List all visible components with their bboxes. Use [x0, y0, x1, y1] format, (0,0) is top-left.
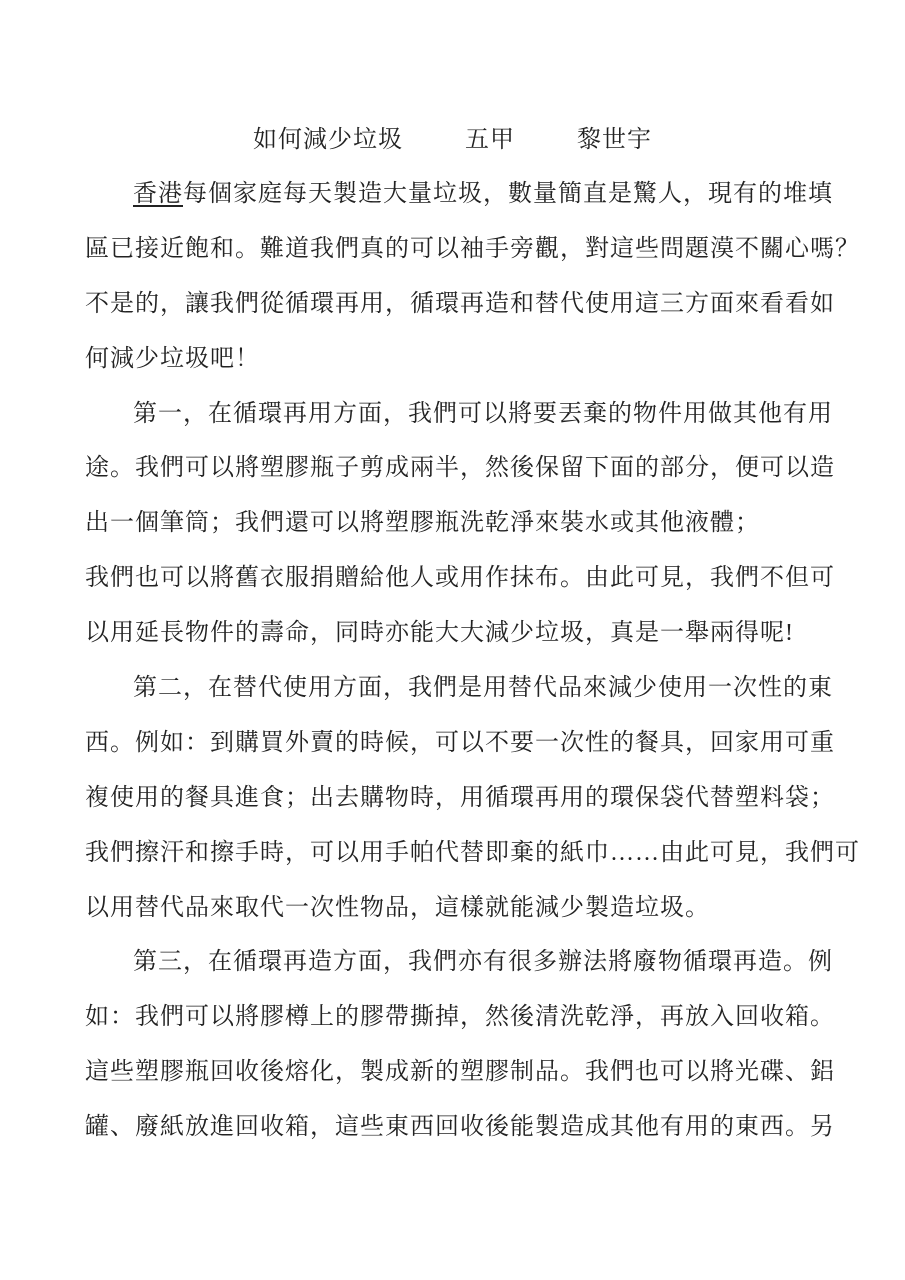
- essay-line: 區已接近飽和。難道我們真的可以袖手旁觀，對這些問題漠不關心嗎？: [85, 222, 830, 277]
- essay-line: 以用延長物件的壽命，同時亦能大大減少垃圾，真是一舉兩得呢!: [85, 606, 830, 661]
- essay-line-text: 我們也可以將舊衣服捐贈給他人或用作抹布。由此可見，我們不但可: [85, 565, 835, 591]
- essay-line-text: 每個家庭每天製造大量垃圾，數量簡直是驚人，現有的堆填: [183, 181, 833, 207]
- essay-line-text: 途。我們可以將塑膠瓶子剪成兩半，然後保留下面的部分，便可以造: [85, 455, 835, 481]
- essay-line: 以用替代品來取代一次性物品，這樣就能減少製造垃圾。: [85, 881, 830, 936]
- essay-line-text: 複使用的餐具進食；出去購物時，用循環再用的環保袋代替塑料袋；: [85, 785, 835, 811]
- essay-line-text: 以用替代品來取代一次性物品，這樣就能減少製造垃圾。: [85, 895, 710, 921]
- essay-line: 這些塑膠瓶回收後熔化，製成新的塑膠制品。我們也可以將光碟、鋁: [85, 1045, 830, 1100]
- essay-line-text: 如：我們可以將膠樽上的膠帶撕掉，然後清洗乾淨，再放入回收箱。: [85, 1004, 835, 1030]
- essay-line-text: 西。例如：到購買外賣的時候，可以不要一次性的餐具，回家用可重: [85, 730, 835, 756]
- essay-line: 香港每個家庭每天製造大量垃圾，數量簡直是驚人，現有的堆填: [85, 167, 830, 222]
- essay-line-text: 第二，在替代使用方面，我們是用替代品來減少使用一次性的東: [133, 675, 833, 701]
- essay-line: 第三，在循環再造方面，我們亦有很多辦法將廢物循環再造。例: [85, 935, 830, 990]
- essay-line: 何減少垃圾吧！: [85, 332, 830, 387]
- essay-line-text: 出一個筆筒；我們還可以將塑膠瓶洗乾淨來裝水或其他液體；: [85, 510, 760, 536]
- essay-line-text: 區已接近飽和。難道我們真的可以袖手旁觀，對這些問題漠不關心嗎？: [85, 236, 860, 262]
- essay-line: 不是的，讓我們從循環再用，循環再造和替代使用這三方面來看看如: [85, 277, 830, 332]
- essay-line-text: 第一，在循環再用方面，我們可以將要丟棄的物件用做其他有用: [133, 401, 833, 427]
- essay-line: 第一，在循環再用方面，我們可以將要丟棄的物件用做其他有用: [85, 387, 830, 442]
- title-row: 如何減少垃圾五甲黎世宇: [0, 118, 905, 162]
- essay-line: 複使用的餐具進食；出去購物時，用循環再用的環保袋代替塑料袋；: [85, 771, 830, 826]
- essay-line-text: 我們擦汗和擦手時，可以用手帕代替即棄的紙巾……由此可見，我們可: [85, 840, 860, 866]
- essay-line: 罐、廢紙放進回收箱，這些東西回收後能製造成其他有用的東西。另: [85, 1100, 830, 1155]
- essay-line: 西。例如：到購買外賣的時候，可以不要一次性的餐具，回家用可重: [85, 716, 830, 771]
- class-name: 五甲: [465, 118, 515, 162]
- document-page: 如何減少垃圾五甲黎世宇 香港每個家庭每天製造大量垃圾，數量簡直是驚人，現有的堆填…: [0, 0, 905, 1280]
- essay-line-text: 罐、廢紙放進回收箱，這些東西回收後能製造成其他有用的東西。另: [85, 1114, 835, 1140]
- essay-line-text: 不是的，讓我們從循環再用，循環再造和替代使用這三方面來看看如: [85, 291, 835, 317]
- essay-body: 香港每個家庭每天製造大量垃圾，數量簡直是驚人，現有的堆填區已接近飽和。難道我們真…: [85, 167, 830, 1155]
- essay-line: 出一個筆筒；我們還可以將塑膠瓶洗乾淨來裝水或其他液體；: [85, 496, 830, 551]
- essay-line-text: 何減少垃圾吧！: [85, 346, 260, 372]
- author-name: 黎世宇: [577, 118, 652, 162]
- essay-line: 我們擦汗和擦手時，可以用手帕代替即棄的紙巾……由此可見，我們可: [85, 826, 830, 881]
- essay-title: 如何減少垃圾: [253, 118, 403, 162]
- essay-line-text: 這些塑膠瓶回收後熔化，製成新的塑膠制品。我們也可以將光碟、鋁: [85, 1059, 835, 1085]
- essay-line: 途。我們可以將塑膠瓶子剪成兩半，然後保留下面的部分，便可以造: [85, 441, 830, 496]
- essay-line: 我們也可以將舊衣服捐贈給他人或用作抹布。由此可見，我們不但可: [85, 551, 830, 606]
- essay-line-text: 以用延長物件的壽命，同時亦能大大減少垃圾，真是一舉兩得呢!: [85, 620, 794, 646]
- essay-line: 第二，在替代使用方面，我們是用替代品來減少使用一次性的東: [85, 661, 830, 716]
- essay-line-text: 第三，在循環再造方面，我們亦有很多辦法將廢物循環再造。例: [133, 949, 833, 975]
- underlined-text: 香港: [133, 181, 183, 207]
- essay-line: 如：我們可以將膠樽上的膠帶撕掉，然後清洗乾淨，再放入回收箱。: [85, 990, 830, 1045]
